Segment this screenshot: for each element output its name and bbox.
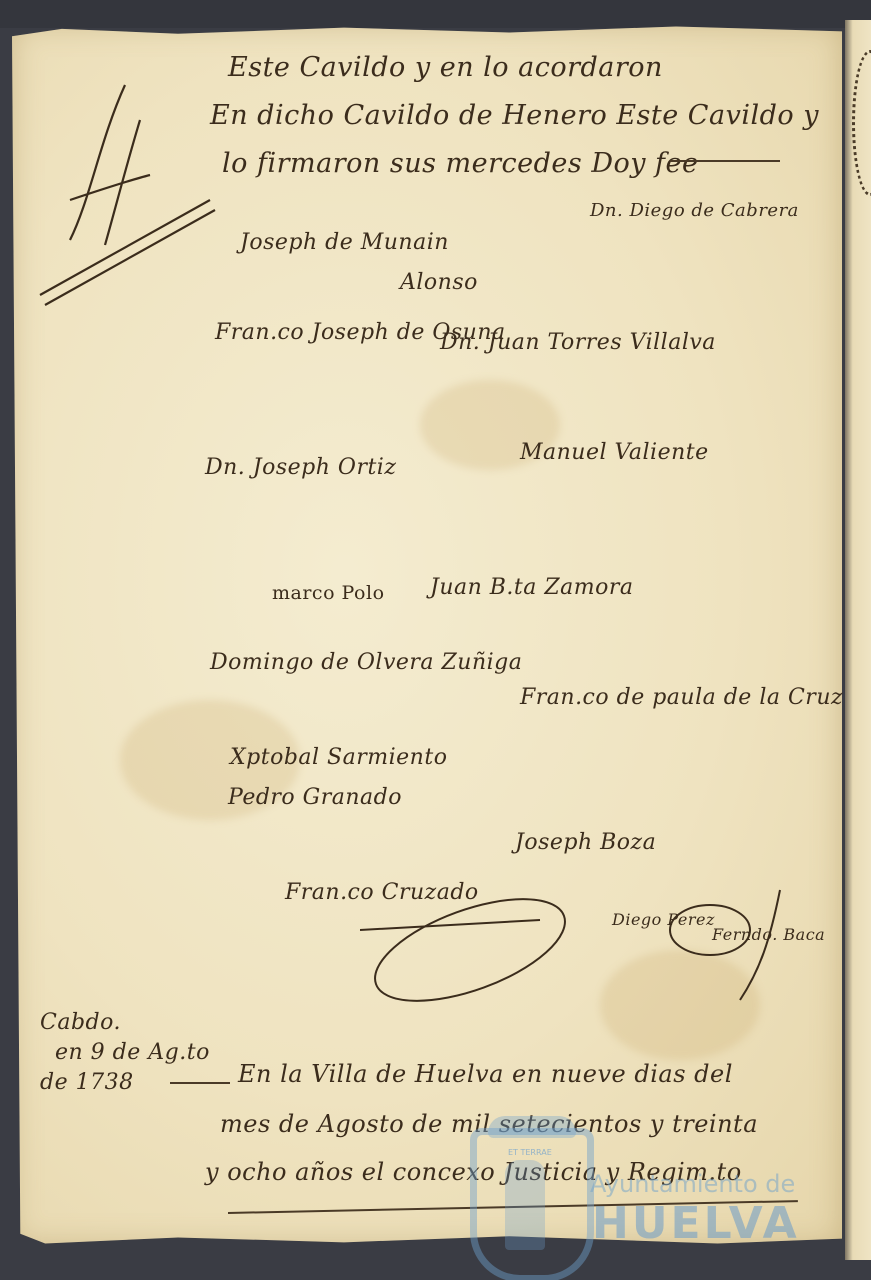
signature: Joseph Boza [515,830,656,855]
signature: Joseph de Munain [240,230,449,255]
margin-flourish [30,80,230,310]
body-line-3: lo firmaron sus mercedes Doy fee [222,148,699,179]
margin-note-line-3: de 1738 [40,1070,134,1095]
margin-note-line-2: en 9 de Ag.to [55,1040,210,1065]
margin-stroke [170,1082,230,1084]
scan-background [0,0,871,28]
watermark-motto-top: ET TERRAE [508,1148,552,1157]
signature: Dn. Diego de Cabrera [590,200,799,221]
watermark-text-line-2: HUELVA [592,1198,800,1249]
signature: Juan B.ta Zamora [430,575,634,600]
signature: Dn. Joseph Ortiz [205,455,396,480]
rubric-flourish [360,880,840,1020]
line-end-stroke [670,160,780,162]
signature: Manuel Valiente [520,440,709,465]
signature: Alonso [400,270,478,295]
signature: Domingo de Olvera Zuñiga [210,650,522,675]
signature: marco Polo [272,582,385,604]
adjacent-page-edge [845,20,871,1260]
watermark-key-icon [505,1160,545,1250]
closing-line-1: En la Villa de Huelva en nueve dias del [238,1060,733,1088]
signature: Dn. Juan Torres Villalva [440,330,716,355]
margin-note-line-1: Cabdo. [40,1010,121,1035]
watermark-text-line-1: Ayuntamiento de [590,1170,795,1198]
signature: Fran.co de paula de la Cruz [520,685,843,710]
body-line-1: Este Cavildo y en lo acordaron [228,52,663,83]
body-line-2: En dicho Cavildo de Henero Este Cavildo … [210,100,819,131]
signature: Xptobal Sarmiento [230,745,447,770]
signature: Pedro Granado [228,785,402,810]
